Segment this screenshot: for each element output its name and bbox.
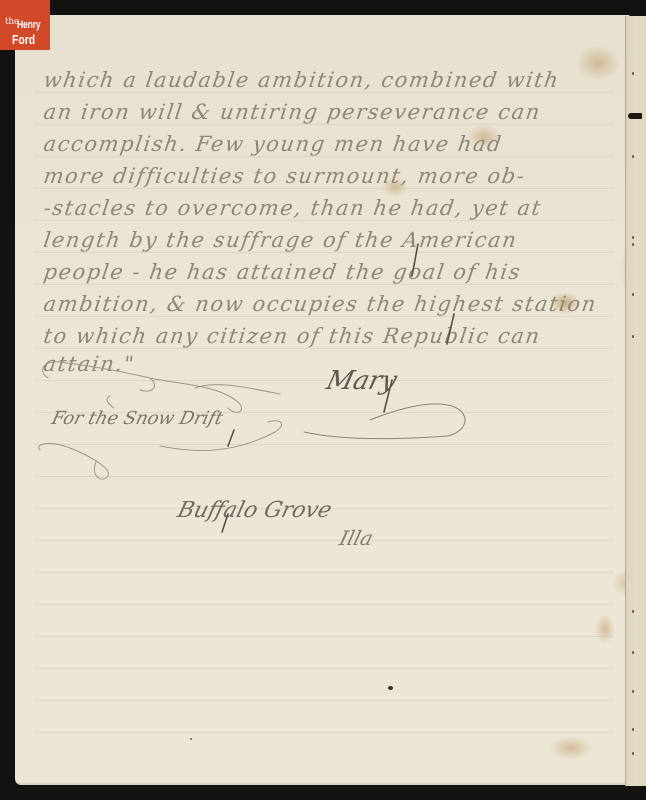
henry-ford-logo: the Henry Ford xyxy=(0,0,50,50)
text-line: an iron will & untiring perseverance can xyxy=(42,100,543,124)
text-line: accomplish. Few young men have had xyxy=(42,132,504,156)
text-line: ambition, & now occupies the highest sta… xyxy=(42,292,599,316)
manuscript-page xyxy=(15,15,630,785)
ink-speck xyxy=(190,738,192,740)
ink-speck xyxy=(388,686,393,690)
text-line: to which any citizen of this Republic ca… xyxy=(42,324,542,348)
page-binding-edge xyxy=(625,16,646,786)
place-name: Buffalo Grove xyxy=(175,498,334,523)
text-line: more difficulties to surmount, more ob- xyxy=(42,164,527,188)
logo-henry: Henry xyxy=(17,20,41,31)
text-line: -stacles to overcome, than he had, yet a… xyxy=(42,196,544,220)
text-line: which a laudable ambition, combined with xyxy=(42,68,561,92)
text-line: length by the suffrage of the American xyxy=(42,228,519,252)
text-line: attain." xyxy=(42,352,137,376)
binding-clip xyxy=(628,113,642,119)
text-line: people - he has attained the goal of his xyxy=(42,260,523,284)
signature: Mary xyxy=(323,366,400,396)
logo-ford: Ford xyxy=(12,33,35,46)
state-name: Illa xyxy=(337,526,376,550)
attribution: For the Snow Drift xyxy=(49,408,225,429)
